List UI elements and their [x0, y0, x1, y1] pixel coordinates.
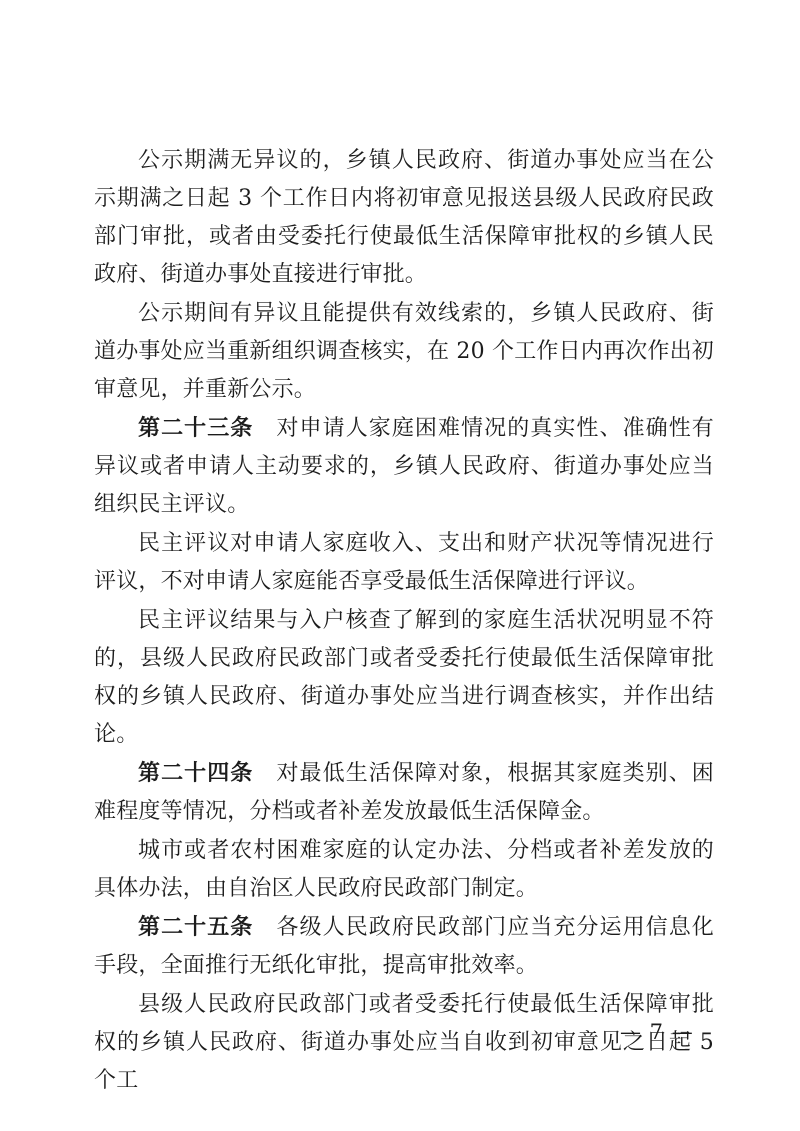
- paragraph-text: 公示期满无异议的，乡镇人民政府、街道办事处应当在公示期满之日起 3 个工作日内将…: [94, 148, 714, 287]
- document-body: 公示期满无异议的，乡镇人民政府、街道办事处应当在公示期满之日起 3 个工作日内将…: [94, 141, 714, 1100]
- paragraph: 民主评议对申请人家庭收入、支出和财产状况等情况进行评议，不对申请人家庭能否享受最…: [94, 524, 714, 601]
- document-page: 公示期满无异议的，乡镇人民政府、街道办事处应当在公示期满之日起 3 个工作日内将…: [0, 0, 800, 1131]
- paragraph-text: 公示期间有异议且能提供有效线索的，乡镇人民政府、街道办事处应当重新组织调查核实，…: [94, 301, 714, 402]
- paragraph: 公示期间有异议且能提供有效线索的，乡镇人民政府、街道办事处应当重新组织调查核实，…: [94, 294, 714, 409]
- article-number: 第二十三条: [138, 415, 253, 441]
- paragraph: 第二十五条各级人民政府民政部门应当充分运用信息化手段，全面推行无纸化审批，提高审…: [94, 908, 714, 985]
- paragraph: 第二十三条对申请人家庭困难情况的真实性、准确性有异议或者申请人主动要求的，乡镇人…: [94, 409, 714, 524]
- paragraph-text: 民主评议结果与入户核查了解到的家庭生活状况明显不符的，县级人民政府民政部门或者受…: [94, 608, 714, 747]
- paragraph: 第二十四条对最低生活保障对象，根据其家庭类别、困难程度等情况，分档或者补差发放最…: [94, 754, 714, 831]
- article-number: 第二十五条: [138, 914, 253, 940]
- paragraph: 民主评议结果与入户核查了解到的家庭生活状况明显不符的，县级人民政府民政部门或者受…: [94, 601, 714, 754]
- page-number: — 7 —: [620, 1018, 740, 1046]
- paragraph: 公示期满无异议的，乡镇人民政府、街道办事处应当在公示期满之日起 3 个工作日内将…: [94, 141, 714, 294]
- paragraph: 城市或者农村困难家庭的认定办法、分档或者补差发放的具体办法，由自治区人民政府民政…: [94, 831, 714, 908]
- paragraph-text: 城市或者农村困难家庭的认定办法、分档或者补差发放的具体办法，由自治区人民政府民政…: [94, 838, 714, 901]
- article-number: 第二十四条: [138, 760, 253, 786]
- paragraph-text: 民主评议对申请人家庭收入、支出和财产状况等情况进行评议，不对申请人家庭能否享受最…: [94, 531, 714, 594]
